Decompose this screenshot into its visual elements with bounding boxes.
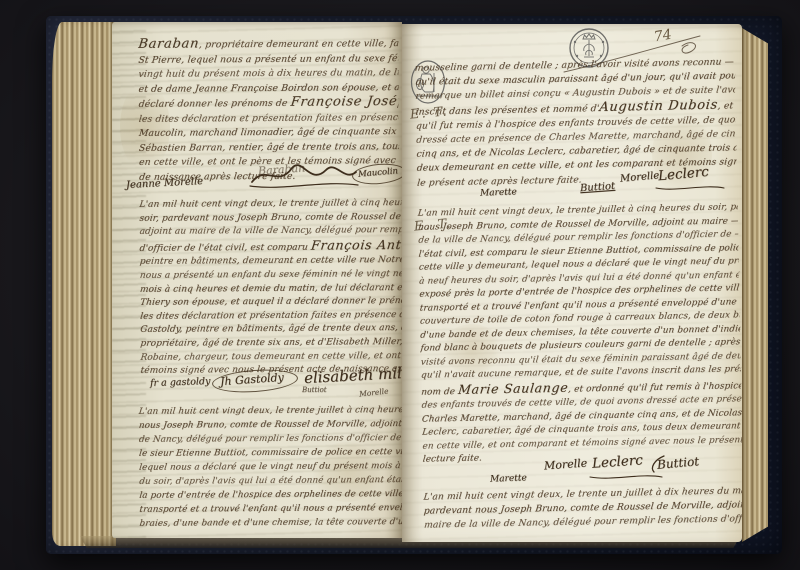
manuscript-line: L'an mil huit cent vingt deux, le trente… — [138, 197, 402, 212]
act2-text: L'an mil huit cent vingt deux, le trente… — [139, 197, 402, 379]
manuscript-line: nous a présenté un enfant du sexe fémini… — [139, 268, 402, 283]
left-page-edges — [52, 22, 116, 546]
manuscript-line: Maucolin, marchand limonadier, âgé de ci… — [138, 125, 400, 141]
emphasized-name: Baraban — [137, 36, 200, 51]
left-page-text: Baraban, propriétaire demeurant en cette… — [112, 22, 402, 538]
act5-text: L'an mil huit cent vingt deux, le trente… — [418, 201, 742, 467]
manuscript-line: propriétaire, âgé de trente six ans, et … — [139, 336, 402, 351]
emphasized-name: François Antoine Gastoldy — [310, 238, 402, 253]
manuscript-line: en cette ville, et ont le père et les té… — [138, 154, 400, 170]
act4-ending-text: mousseline garni de dentelle ; après l'a… — [415, 55, 738, 190]
manuscript-line: déclaré donner les prénoms de Françoise … — [138, 95, 400, 112]
manuscript-line: vingt huit du présent mois à dix heures … — [138, 66, 400, 82]
photograph-of-register: Baraban, propriétaire demeurant en cette… — [0, 0, 800, 570]
emphasized-name: Augustin Dubois — [599, 98, 719, 115]
manuscript-line: de naissance après lecture faite. — [138, 168, 400, 184]
act3-text: L'an mil huit cent vingt deux, le trente… — [139, 403, 402, 531]
emphasized-name: Marie Saulange — [457, 379, 569, 396]
act6-text: L'an mil huit cent vingt deux, le trente… — [423, 485, 742, 533]
manuscript-line: Thiery son épouse, et auquel il a déclar… — [139, 295, 402, 310]
manuscript-line: Baraban, propriétaire demeurant en cette… — [137, 36, 399, 53]
right-page: 74 E. T. E. T. mousseline g — [402, 24, 742, 542]
left-page: Baraban, propriétaire demeurant en cette… — [112, 22, 402, 538]
manuscript-line: témoins signé avec nous le présent acte … — [140, 363, 402, 378]
act1-ending-text: Baraban, propriétaire demeurant en cette… — [138, 36, 399, 185]
emphasized-name: Françoise Joséphine Adélaïde — [290, 95, 400, 110]
manuscript-line: braies, d'une bande et d'une chemise, la… — [139, 515, 402, 531]
right-page-text: mousseline garni de dentelle ; après l'a… — [402, 24, 742, 542]
right-page-edges — [742, 28, 768, 542]
